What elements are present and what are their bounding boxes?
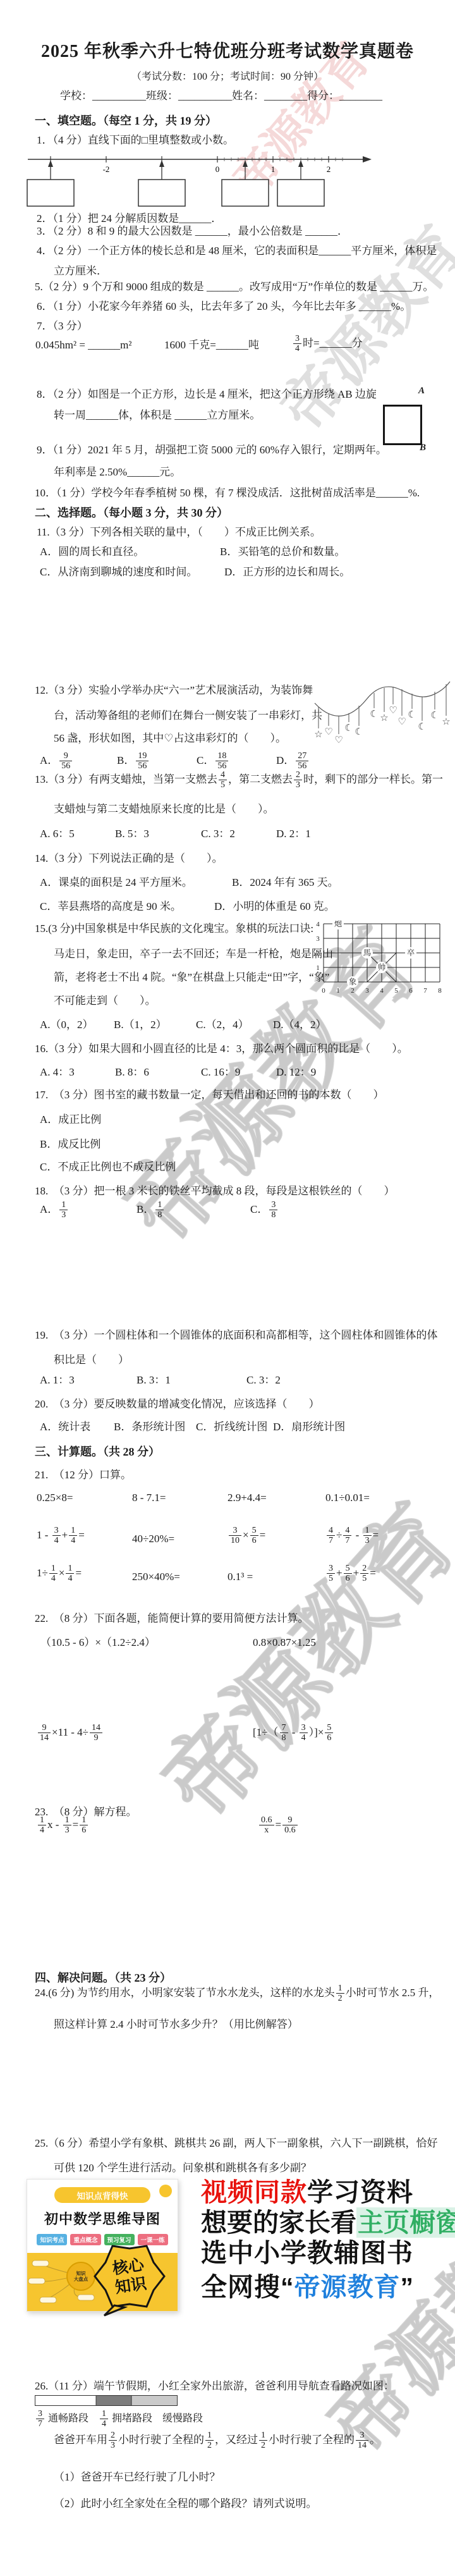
square-label-b: B: [420, 443, 426, 453]
q21-expr: 0.1³ =: [227, 1569, 253, 1585]
tick-label: 1: [271, 164, 276, 174]
quote-open: “: [281, 2272, 294, 2302]
book-tag: 知识考点: [37, 2234, 67, 2245]
q21-expr: 1 - 34+14=: [37, 1526, 85, 1546]
ad-line-4-brand: 帝源教育: [294, 2272, 401, 2302]
question-5-text: 5.（2 分）9 个万和 9000 组成的数是 ______。改写成用“万”作单…: [35, 279, 434, 295]
board-y-label: 1: [316, 964, 320, 972]
question-13-option-d: D. 2：1: [276, 826, 311, 842]
question-25-text: 25.（6 分）希望小学有象棋、跳棋共 26 副，两人下一副象棋，六人下一副跳棋…: [35, 2136, 438, 2152]
book-top-badge: 知识点背得快: [54, 2187, 150, 2203]
heart-light-icon: ♡: [324, 726, 332, 737]
chess-piece-xiang: 象: [349, 977, 357, 986]
q21-expr: 0.25×8=: [37, 1490, 73, 1506]
lights-figure: ☆ ♡ ♡ ☾ ☾ ☾ ☆ ♡ ♡ ☾ ☾ ☾ ☆: [313, 680, 454, 751]
question-15-option-c: C.（2，4）: [196, 1017, 249, 1033]
question-8-text-2: 转一周______体，体积是 ______立方厘米。: [54, 408, 260, 424]
exam-info-line: 学校：__________班级：__________姓名：________得分：…: [60, 89, 382, 104]
ad-line-1: 视频同款学习资料: [201, 2178, 413, 2207]
moon-light-icon: ☾: [408, 709, 416, 720]
question-12-option-b: B．1956: [117, 751, 150, 771]
question-7-expr-3: 34时=______分: [292, 334, 363, 354]
question-14-option-a: A．课桌的面积是 24 平方厘米。: [40, 875, 193, 891]
question-15-text-3: 箭，老将老士不出 4 院。“象”在棋盘上只能走“田”字，“象”: [54, 970, 329, 986]
q21-expr: 40÷20%=: [132, 1531, 174, 1547]
moon-light-icon: ☾: [344, 722, 353, 733]
question-26-text-2: 爸爸开车用23小时行驶了全程的12，又经过12小时行驶了全程的314。: [54, 2431, 380, 2451]
moon-light-icon: ☾: [430, 709, 439, 721]
question-19-option-b: B. 3：1: [136, 1373, 171, 1389]
question-24-text: 24.(6 分) 为节约用水，小明家安装了节水水龙头，这样的水龙头12小时可节水…: [35, 1984, 439, 2004]
question-15-option-d: D.（4，2）: [273, 1017, 327, 1033]
tick-label: -2: [103, 164, 110, 174]
watermark: 帝源教育: [258, 205, 455, 446]
ad-line-3: 选中小学教辅图书: [201, 2238, 413, 2268]
question-17-option-b: B．成反比例: [40, 1137, 100, 1153]
question-12-option-a: A．956: [40, 751, 73, 771]
question-13-option-c: C. 3：2: [201, 826, 235, 842]
ad-line-4-black: 全网搜: [201, 2272, 281, 2302]
question-11-text: 11.（3 分）下列各相关联的量中，（ ）不成正比例关系。: [37, 525, 321, 541]
board-x-label: 4: [380, 987, 384, 995]
question-20-option-b: B．条形统计图: [114, 1420, 185, 1435]
moon-light-icon: ☾: [418, 721, 426, 732]
watermark: 帝源教育: [126, 1469, 455, 1843]
chess-piece-zu: 卒: [407, 948, 415, 957]
chess-piece-ma: 馬: [363, 948, 372, 957]
ad-line-1-rest: 学习资料: [307, 2178, 413, 2207]
question-18-text: 18. （3 分）把一根 3 米长的铁丝平均截成 8 段，每段是这根铁丝的（ ）: [35, 1184, 395, 1199]
question-26-sub-1: （1）爸爸开车已经行驶了几小时？: [54, 2470, 221, 2486]
question-26-text: 26.（11 分）端午节假期，小红全家外出旅游，爸爸利用导航查看路况如图：: [35, 2379, 394, 2395]
road-segment-jam: [96, 2396, 131, 2406]
question-15-option-b: B.（1，2）: [114, 1017, 167, 1033]
circle-badge-text: 知识: [76, 2271, 86, 2276]
question-14-option-b: B．2024 年有 365 天。: [232, 875, 339, 891]
question-21-text: 21. （12 分）口算。: [35, 1468, 131, 1483]
question-12-text: 12.（3 分）实验小学举办庆“六一”艺术展演活动，为装饰舞: [35, 683, 313, 699]
question-11-option-a: A．圆的周长和直径。: [40, 544, 144, 560]
question-12-option-d: D．2756: [276, 751, 310, 771]
question-22-text: 22. （8 分）下面各题，能简便计算的要用简便方法计算。: [35, 1611, 309, 1627]
question-16-option-d: D. 12：9: [276, 1065, 316, 1081]
q22-expr: 0.8×0.87×1.25: [253, 1635, 316, 1651]
star-light-icon: ☆: [380, 712, 388, 723]
square-label-a: A: [418, 386, 425, 396]
heart-light-icon: ♡: [334, 734, 343, 745]
question-13-option-a: A. 6：5: [40, 826, 75, 842]
question-13-text: 13.（3 分）有两支蜡烛，当第一支燃去45，第二支燃去23时，剩下的部分一样长…: [35, 770, 443, 790]
question-19-text: 19. （3 分）一个圆柱体和一个圆锥体的底面积和高都相等，这个圆柱体和圆锥体的…: [35, 1328, 438, 1344]
question-15-text-4: 不可能走到（ ）。: [54, 993, 156, 1009]
question-18-option-b: B．18: [136, 1200, 165, 1220]
question-9-text: 9．（1 分）2021 年 5 月，胡强把工资 5000 元的 60%存入银行，…: [37, 443, 387, 458]
question-12-option-c: C．1856: [197, 751, 229, 771]
exam-paper-page: 帝源教育 帝源教育 帝源教育 帝源教育 帝源教育 2025 年秋季六升七特优班分…: [0, 0, 455, 2576]
question-14-option-d: D．小明的体重是 60 克。: [214, 899, 335, 915]
page-title: 2025 年秋季六升七特优班分班考试数学真题卷: [0, 39, 455, 65]
q21-expr: 250×40%=: [132, 1569, 180, 1585]
q21-expr: 8 - 7.1=: [132, 1490, 166, 1506]
board-x-label: 3: [365, 987, 369, 995]
question-11-option-c: C．从济南到聊城的速度和时间。: [40, 565, 197, 580]
q23-equation: 14x - 13=16: [37, 1815, 89, 1836]
board-x-label: 8: [438, 987, 442, 995]
road-bar-figure: [35, 2395, 179, 2407]
question-11-option-b: B．买铅笔的总价和数量。: [220, 544, 345, 560]
section-2-header: 二、选择题。（每小题 3 分，共 30 分）: [35, 505, 228, 521]
question-17-text: 17. （3 分）图书室的藏书数量一定，每天借出和还回的书的本数（ ）: [35, 1088, 384, 1103]
question-12-text-3: 56 盏，形状如图，其中♡占这串彩灯的（ ）。: [54, 731, 286, 747]
square-figure: [383, 405, 422, 445]
question-15-option-a: A.（0，2）: [40, 1017, 94, 1033]
question-14-text: 14.（3 分）下列说法正确的是（ ）。: [35, 851, 223, 867]
tick-label: 0: [215, 164, 220, 174]
star-light-icon: ☆: [442, 716, 450, 727]
question-20-option-d: D．扇形统计图: [273, 1420, 345, 1435]
question-19-option-a: A. 1：3: [40, 1373, 75, 1389]
question-18-option-c: C．38: [250, 1200, 279, 1220]
moon-light-icon: ☾: [370, 708, 378, 720]
question-9-text-2: 年利率是 2.50%______元。: [54, 465, 181, 481]
chessboard-figure: 炮 馬 帅 象 卒 0 1 2 3 4 5 6 7 8 4 3 2 1: [313, 921, 452, 1003]
section-3-header: 三、计算题。（共 28 分）: [35, 1444, 160, 1460]
q22-expr: [1÷（78 - 34）]×56: [253, 1723, 334, 1743]
question-16-option-a: A. 4：3: [40, 1065, 75, 1081]
question-16-text: 16.（3 分）如果大圆和小圆直径的比是 4：3，那么两个圆面积的比是（ ）。: [35, 1041, 408, 1057]
question-20-option-a: A．统计表: [40, 1420, 90, 1435]
ad-burst-badge: 核心 知识: [90, 2242, 169, 2318]
moon-light-icon: ☾: [355, 726, 363, 737]
chess-piece-shuai: 帅: [378, 962, 386, 972]
axis-arrow: [363, 156, 372, 163]
q22-expr: （10.5 - 6）×（1.2÷2.4）: [40, 1635, 155, 1651]
q21-expr: 2.9+4.4=: [227, 1490, 267, 1506]
board-x-label: 5: [394, 987, 398, 995]
q22-expr: 914×11 - 4÷149: [37, 1723, 104, 1743]
ad-line-2: 想要的家长看主页橱窗: [201, 2208, 455, 2238]
board-x-label: 0: [322, 987, 325, 995]
heart-light-icon: ♡: [389, 704, 397, 716]
star-light-icon: ☆: [314, 728, 322, 740]
q21-expr: 310×56=: [227, 1526, 265, 1546]
board-y-label: 2: [316, 950, 320, 957]
question-13-text-2: 支蜡烛与第二支蜡烛原来长度的比是（ ）。: [54, 802, 274, 818]
question-11-option-d: D．正方形的边长和周长。: [224, 565, 350, 580]
question-18-option-a: A．13: [40, 1200, 69, 1220]
heart-light-icon: ♡: [397, 716, 406, 727]
q23-equation: 0.6x=90.6: [258, 1815, 299, 1836]
board-x-label: 1: [336, 987, 340, 995]
question-20-text: 20. （3 分）要反映数量的增减变化情况，应该选择（ ）: [35, 1397, 320, 1413]
question-16-option-c: C. 16：9: [201, 1065, 240, 1081]
ad-line-1-highlight: 视频同款: [201, 2178, 307, 2207]
q21-expr: 0.1÷0.01=: [325, 1490, 370, 1506]
question-12-text-2: 台，活动筹备组的老师们在舞台一侧安装了一串彩灯，共: [54, 708, 322, 724]
question-14-option-c: C．莘县燕塔的高度是 90 米。: [40, 899, 181, 915]
question-15-text-2: 马走日，象走田，卒子一去不回还；车是一杆枪，炮是隔山: [54, 947, 333, 962]
board-x-label: 2: [351, 987, 355, 995]
question-15-text: 15.(3 分)中国象棋是中华民族的文化瑰宝。象棋的玩法口诀:: [35, 921, 313, 937]
ad-line-2-highlight: 主页橱窗: [356, 2207, 455, 2238]
numberline-figure: -2 0 1 2: [19, 150, 385, 209]
question-4-text: 4．（2 分）一个正方体的棱长总和是 48 厘米，它的表面积是______平方厘…: [37, 243, 437, 259]
question-7-expr-1: 0.045hm² = ______m²: [35, 338, 131, 353]
board-y-label: 4: [316, 921, 320, 928]
tick-label: 2: [327, 164, 331, 174]
q21-expr: 47÷47 - 13=: [325, 1526, 379, 1546]
road-segment-slow: [131, 2396, 178, 2406]
ad-line-2-black: 想要的家长看: [201, 2208, 356, 2237]
answer-box: [27, 180, 324, 206]
q21-expr: 35+56+25=: [325, 1564, 376, 1584]
question-3-text: 3．（2 分）8 和 9 的最大公因数是 ______，最小公倍数是 _____…: [37, 224, 348, 240]
question-20-option-c: C．折线统计图: [196, 1420, 267, 1435]
board-x-label: 7: [423, 987, 427, 995]
board-x-label: 6: [409, 987, 413, 995]
question-19-text-2: 积比是（ ）: [54, 1352, 129, 1368]
book-title: 初中数学思维导图: [27, 2209, 178, 2228]
book-sticker-icon: [159, 2185, 172, 2197]
question-4-text-2: 立方厘米．: [54, 264, 107, 279]
exam-meta: （考试分数：100 分；考试时间：90 分钟）: [0, 70, 455, 84]
question-26-sub-2: （2）此时小红全家处在全程的哪个路段？请列式说明。: [54, 2496, 317, 2512]
question-8-text: 8．（2 分）如图是一个正方形，边长是 4 厘米，把这个正方形绕 AB 边旋: [37, 387, 377, 403]
board-y-label: 3: [316, 935, 320, 943]
question-7-text: 7．（3 分）: [37, 319, 88, 334]
quote-close: ”: [401, 2272, 415, 2302]
q21-expr: 1÷14×14=: [37, 1564, 82, 1584]
circle-badge-text: 大盘点: [74, 2276, 88, 2282]
question-13-option-b: B. 5：3: [115, 826, 149, 842]
question-1-text: 1．（4 分）直线下面的□里填整数或小数。: [37, 133, 234, 149]
question-17-option-a: A．成正比例: [40, 1112, 101, 1128]
chess-piece-pao: 炮: [334, 921, 343, 928]
question-16-option-b: B. 8：6: [115, 1065, 149, 1081]
road-bar-caption: 37 通畅路段 14 拥堵路段 缓慢路段: [35, 2409, 203, 2429]
ad-line-4: 全网搜“帝源教育”: [201, 2272, 414, 2302]
question-19-option-c: C. 3：2: [246, 1373, 281, 1389]
question-25-text-2: 可供 120 个学生进行活动。问象棋和跳棋各有多少副？: [54, 2161, 312, 2176]
question-7-expr-2: 1600 千克=______吨: [164, 338, 259, 353]
question-10-text: 10．（1 分）学校今年春季植树 50 棵，有 7 棵没成活．这批树苗成活率是_…: [35, 486, 420, 501]
question-24-text-2: 照这样计算 2.4 小时可节水多少升？（用比例解答）: [54, 2017, 298, 2033]
question-17-option-c: C．不成正比例也不成反比例: [40, 1160, 176, 1175]
question-6-text: 6．（1 分）小花家今年养猪 60 头，比去年多了 20 头，今年比去年多 __…: [37, 299, 411, 315]
section-1-header: 一、填空题。（每空 1 分，共 19 分）: [35, 113, 217, 129]
